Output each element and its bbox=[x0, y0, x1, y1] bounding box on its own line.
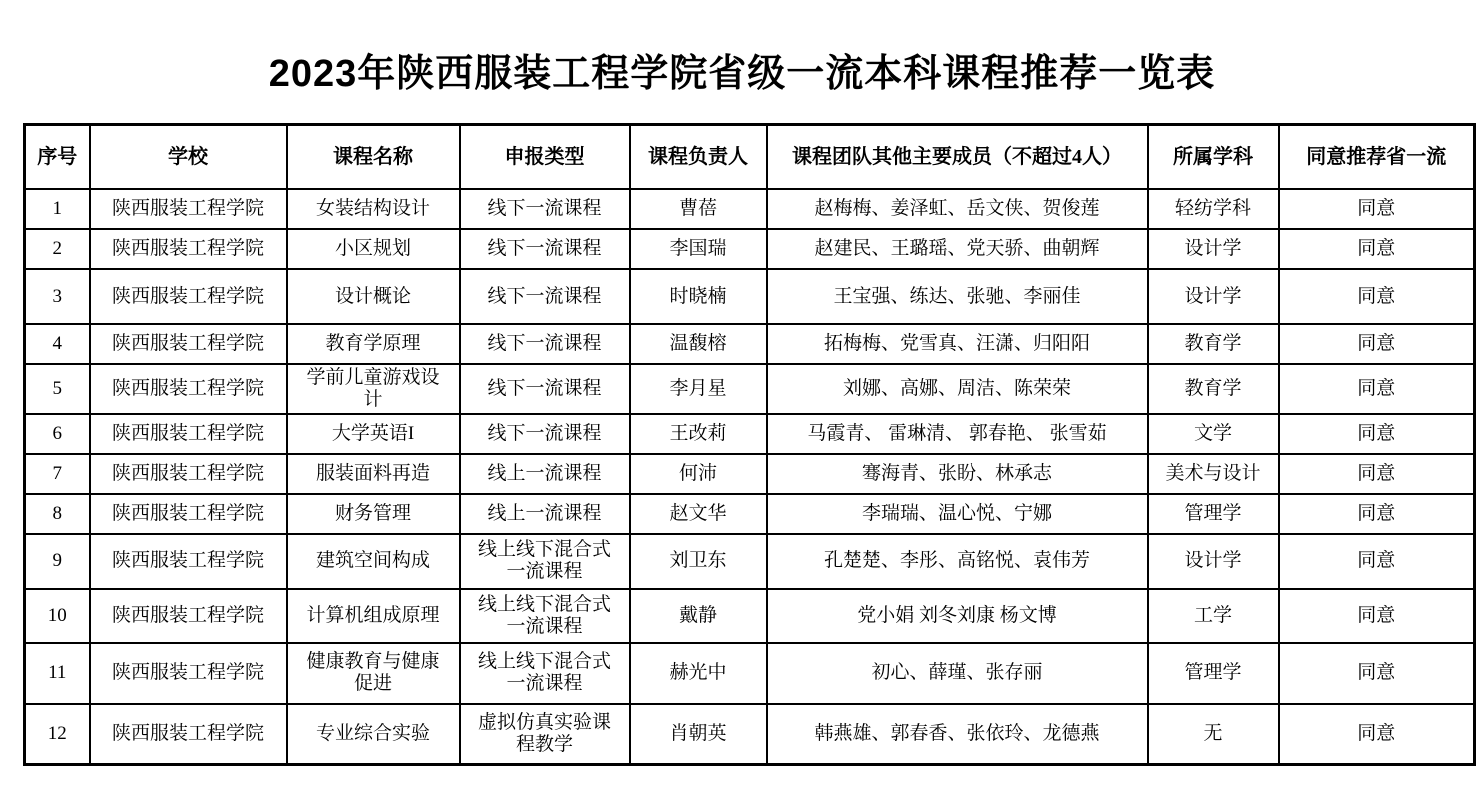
cell-serial: 2 bbox=[25, 229, 90, 269]
cell-application-type: 线下一流课程 bbox=[460, 364, 630, 414]
cell-application-type: 线下一流课程 bbox=[460, 414, 630, 454]
cell-course-name: 计算机组成原理 bbox=[287, 589, 460, 643]
cell-serial: 3 bbox=[25, 269, 90, 324]
cell-course-leader: 戴静 bbox=[630, 589, 767, 643]
cell-team-members: 拓梅梅、党雪真、汪潇、归阳阳 bbox=[767, 324, 1148, 364]
cell-course-leader: 赵文华 bbox=[630, 494, 767, 534]
cell-approval: 同意 bbox=[1279, 324, 1475, 364]
cell-course-leader: 刘卫东 bbox=[630, 534, 767, 589]
cell-approval: 同意 bbox=[1279, 704, 1475, 765]
cell-course-name: 教育学原理 bbox=[287, 324, 460, 364]
cell-application-type: 线上线下混合式一流课程 bbox=[460, 534, 630, 589]
cell-discipline: 管理学 bbox=[1148, 643, 1279, 704]
column-header-discipline: 所属学科 bbox=[1148, 125, 1279, 190]
cell-approval: 同意 bbox=[1279, 534, 1475, 589]
cell-course-leader: 李国瑞 bbox=[630, 229, 767, 269]
cell-approval: 同意 bbox=[1279, 643, 1475, 704]
cell-school: 陕西服装工程学院 bbox=[90, 324, 287, 364]
cell-school: 陕西服装工程学院 bbox=[90, 364, 287, 414]
cell-course-name: 大学英语I bbox=[287, 414, 460, 454]
column-header-team: 课程团队其他主要成员（不超过4人） bbox=[767, 125, 1148, 190]
cell-school: 陕西服装工程学院 bbox=[90, 189, 287, 229]
cell-approval: 同意 bbox=[1279, 189, 1475, 229]
column-header-type: 申报类型 bbox=[460, 125, 630, 190]
cell-team-members: 赵梅梅、姜泽虹、岳文侠、贺俊莲 bbox=[767, 189, 1148, 229]
cell-course-name: 学前儿童游戏设计 bbox=[287, 364, 460, 414]
cell-school: 陕西服装工程学院 bbox=[90, 454, 287, 494]
cell-serial: 11 bbox=[25, 643, 90, 704]
cell-approval: 同意 bbox=[1279, 229, 1475, 269]
cell-application-type: 线下一流课程 bbox=[460, 229, 630, 269]
table-row: 2 陕西服装工程学院 小区规划 线下一流课程 李国瑞 赵建民、王璐瑶、党天骄、曲… bbox=[25, 229, 1475, 269]
cell-team-members: 马霞青、 雷琳清、 郭春艳、 张雪茹 bbox=[767, 414, 1148, 454]
cell-application-type: 线下一流课程 bbox=[460, 189, 630, 229]
column-header-serial: 序号 bbox=[25, 125, 90, 190]
cell-serial: 12 bbox=[25, 704, 90, 765]
cell-application-type: 线下一流课程 bbox=[460, 269, 630, 324]
cell-approval: 同意 bbox=[1279, 589, 1475, 643]
cell-approval: 同意 bbox=[1279, 269, 1475, 324]
column-header-school: 学校 bbox=[90, 125, 287, 190]
cell-course-name: 服装面料再造 bbox=[287, 454, 460, 494]
cell-application-type: 线下一流课程 bbox=[460, 324, 630, 364]
cell-approval: 同意 bbox=[1279, 494, 1475, 534]
cell-school: 陕西服装工程学院 bbox=[90, 589, 287, 643]
cell-approval: 同意 bbox=[1279, 454, 1475, 494]
cell-discipline: 文学 bbox=[1148, 414, 1279, 454]
cell-serial: 6 bbox=[25, 414, 90, 454]
cell-team-members: 王宝强、练达、张驰、李丽佳 bbox=[767, 269, 1148, 324]
cell-application-type: 线上线下混合式一流课程 bbox=[460, 589, 630, 643]
cell-course-leader: 李月星 bbox=[630, 364, 767, 414]
cell-team-members: 骞海青、张盼、林承志 bbox=[767, 454, 1148, 494]
cell-school: 陕西服装工程学院 bbox=[90, 494, 287, 534]
column-header-approval: 同意推荐省一流 bbox=[1279, 125, 1475, 190]
cell-school: 陕西服装工程学院 bbox=[90, 269, 287, 324]
cell-approval: 同意 bbox=[1279, 364, 1475, 414]
cell-discipline: 设计学 bbox=[1148, 534, 1279, 589]
cell-course-name: 财务管理 bbox=[287, 494, 460, 534]
cell-discipline: 管理学 bbox=[1148, 494, 1279, 534]
cell-serial: 8 bbox=[25, 494, 90, 534]
cell-discipline: 无 bbox=[1148, 704, 1279, 765]
cell-course-leader: 何沛 bbox=[630, 454, 767, 494]
cell-school: 陕西服装工程学院 bbox=[90, 704, 287, 765]
table-row: 4 陕西服装工程学院 教育学原理 线下一流课程 温馥榕 拓梅梅、党雪真、汪潇、归… bbox=[25, 324, 1475, 364]
cell-serial: 7 bbox=[25, 454, 90, 494]
cell-team-members: 党小娟 刘冬刘康 杨文博 bbox=[767, 589, 1148, 643]
cell-course-leader: 时晓楠 bbox=[630, 269, 767, 324]
cell-school: 陕西服装工程学院 bbox=[90, 643, 287, 704]
table-row: 1 陕西服装工程学院 女装结构设计 线下一流课程 曹蓓 赵梅梅、姜泽虹、岳文侠、… bbox=[25, 189, 1475, 229]
cell-serial: 4 bbox=[25, 324, 90, 364]
cell-course-leader: 赫光中 bbox=[630, 643, 767, 704]
cell-course-name: 女装结构设计 bbox=[287, 189, 460, 229]
cell-serial: 1 bbox=[25, 189, 90, 229]
cell-course-leader: 曹蓓 bbox=[630, 189, 767, 229]
cell-discipline: 美术与设计 bbox=[1148, 454, 1279, 494]
cell-course-name: 小区规划 bbox=[287, 229, 460, 269]
cell-team-members: 初心、薛瑾、张存丽 bbox=[767, 643, 1148, 704]
cell-approval: 同意 bbox=[1279, 414, 1475, 454]
cell-team-members: 刘娜、高娜、周洁、陈荣荣 bbox=[767, 364, 1148, 414]
cell-team-members: 韩燕雄、郭春香、张依玲、龙德燕 bbox=[767, 704, 1148, 765]
document-page: 2023年陕西服装工程学院省级一流本科课程推荐一览表 序号 学校 课程名称 申报… bbox=[0, 0, 1484, 792]
table-row: 5 陕西服装工程学院 学前儿童游戏设计 线下一流课程 李月星 刘娜、高娜、周洁、… bbox=[25, 364, 1475, 414]
cell-application-type: 线上一流课程 bbox=[460, 494, 630, 534]
cell-application-type: 线上一流课程 bbox=[460, 454, 630, 494]
table-row: 7 陕西服装工程学院 服装面料再造 线上一流课程 何沛 骞海青、张盼、林承志 美… bbox=[25, 454, 1475, 494]
cell-discipline: 教育学 bbox=[1148, 364, 1279, 414]
cell-course-name: 设计概论 bbox=[287, 269, 460, 324]
cell-serial: 10 bbox=[25, 589, 90, 643]
table-row: 8 陕西服装工程学院 财务管理 线上一流课程 赵文华 李瑞瑞、温心悦、宁娜 管理… bbox=[25, 494, 1475, 534]
cell-course-leader: 王改莉 bbox=[630, 414, 767, 454]
cell-discipline: 教育学 bbox=[1148, 324, 1279, 364]
cell-school: 陕西服装工程学院 bbox=[90, 229, 287, 269]
cell-school: 陕西服装工程学院 bbox=[90, 414, 287, 454]
cell-course-leader: 肖朝英 bbox=[630, 704, 767, 765]
cell-course-name: 健康教育与健康促进 bbox=[287, 643, 460, 704]
page-title: 2023年陕西服装工程学院省级一流本科课程推荐一览表 bbox=[0, 0, 1484, 123]
table-row: 10 陕西服装工程学院 计算机组成原理 线上线下混合式一流课程 戴静 党小娟 刘… bbox=[25, 589, 1475, 643]
table-row: 6 陕西服装工程学院 大学英语I 线下一流课程 王改莉 马霞青、 雷琳清、 郭春… bbox=[25, 414, 1475, 454]
table-header-row: 序号 学校 课程名称 申报类型 课程负责人 课程团队其他主要成员（不超过4人） … bbox=[25, 125, 1475, 190]
cell-application-type: 线上线下混合式一流课程 bbox=[460, 643, 630, 704]
table-row: 3 陕西服装工程学院 设计概论 线下一流课程 时晓楠 王宝强、练达、张驰、李丽佳… bbox=[25, 269, 1475, 324]
course-recommendation-table: 序号 学校 课程名称 申报类型 课程负责人 课程团队其他主要成员（不超过4人） … bbox=[23, 123, 1476, 766]
table-row: 11 陕西服装工程学院 健康教育与健康促进 线上线下混合式一流课程 赫光中 初心… bbox=[25, 643, 1475, 704]
cell-school: 陕西服装工程学院 bbox=[90, 534, 287, 589]
cell-serial: 9 bbox=[25, 534, 90, 589]
cell-course-leader: 温馥榕 bbox=[630, 324, 767, 364]
cell-discipline: 轻纺学科 bbox=[1148, 189, 1279, 229]
cell-team-members: 孔楚楚、李彤、高铭悦、袁伟芳 bbox=[767, 534, 1148, 589]
table-row: 12 陕西服装工程学院 专业综合实验 虚拟仿真实验课程教学 肖朝英 韩燕雄、郭春… bbox=[25, 704, 1475, 765]
cell-discipline: 设计学 bbox=[1148, 229, 1279, 269]
column-header-leader: 课程负责人 bbox=[630, 125, 767, 190]
cell-course-name: 专业综合实验 bbox=[287, 704, 460, 765]
cell-course-name: 建筑空间构成 bbox=[287, 534, 460, 589]
table-body: 1 陕西服装工程学院 女装结构设计 线下一流课程 曹蓓 赵梅梅、姜泽虹、岳文侠、… bbox=[25, 189, 1475, 765]
cell-serial: 5 bbox=[25, 364, 90, 414]
cell-discipline: 工学 bbox=[1148, 589, 1279, 643]
table-row: 9 陕西服装工程学院 建筑空间构成 线上线下混合式一流课程 刘卫东 孔楚楚、李彤… bbox=[25, 534, 1475, 589]
cell-team-members: 李瑞瑞、温心悦、宁娜 bbox=[767, 494, 1148, 534]
cell-application-type: 虚拟仿真实验课程教学 bbox=[460, 704, 630, 765]
column-header-course-name: 课程名称 bbox=[287, 125, 460, 190]
cell-team-members: 赵建民、王璐瑶、党天骄、曲朝辉 bbox=[767, 229, 1148, 269]
cell-discipline: 设计学 bbox=[1148, 269, 1279, 324]
